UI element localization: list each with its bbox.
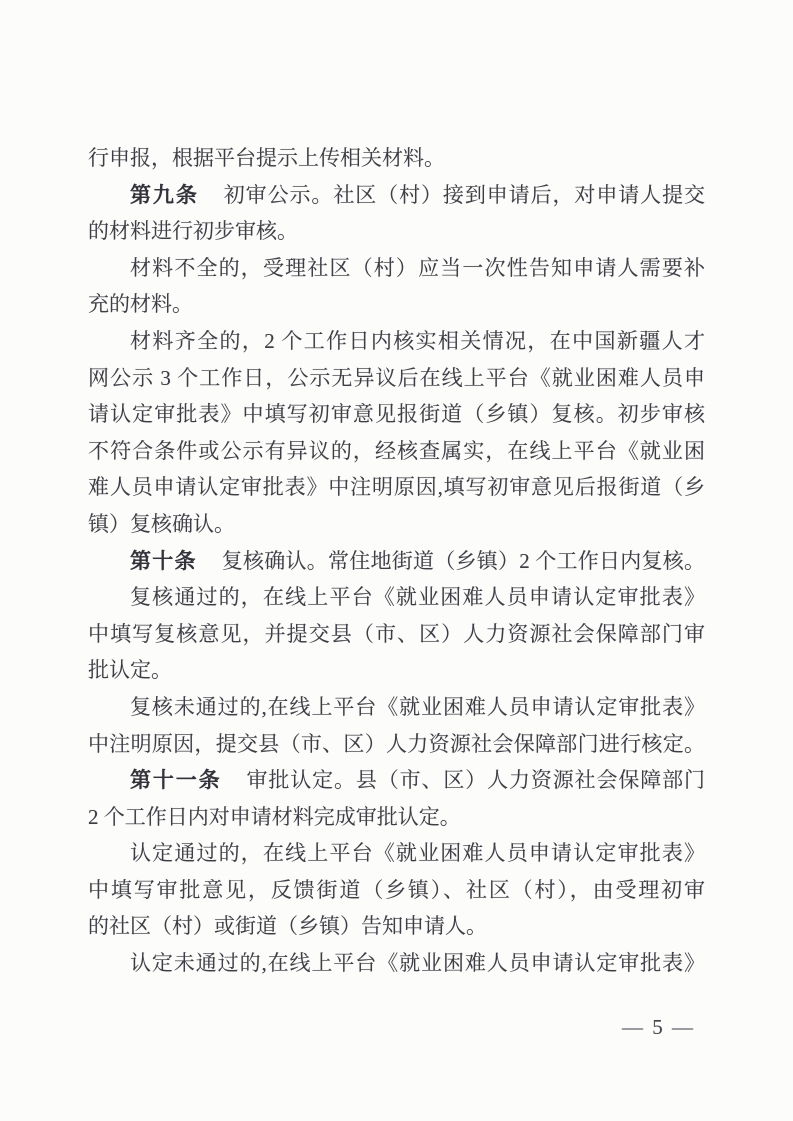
scanned-document-page: 行申报，根据平台提示上传相关材料。第九条初审公示。社区（村）接到申请后，对申请人… bbox=[0, 0, 793, 1121]
text-line: 中填写复核意见，并提交县（市、区）人力资源社会保障部门审 bbox=[88, 616, 705, 653]
line-text: 行申报，根据平台提示上传相关材料。 bbox=[88, 146, 445, 170]
text-line: 第九条初审公示。社区（村）接到申请后，对申请人提交 bbox=[88, 177, 705, 214]
line-text: 复核确认。常住地街道（乡镇）2 个工作日内复核。 bbox=[222, 549, 705, 573]
text-line: 2 个工作日内对申请材料完成审批认定。 bbox=[88, 799, 705, 836]
line-text: 充的材料。 bbox=[88, 292, 193, 316]
article-heading: 第九条 bbox=[130, 183, 199, 207]
line-text: 的社区（村）或街道（乡镇）告知申请人。 bbox=[88, 914, 487, 938]
line-text: 认定通过的，在线上平台《就业困难人员申请认定审批表》 bbox=[130, 841, 705, 865]
text-line: 第十条复核确认。常住地街道（乡镇）2 个工作日内复核。 bbox=[88, 543, 705, 580]
line-text: 请认定审批表》中填写初审意见报街道（乡镇）复核。初步审核 bbox=[88, 402, 705, 426]
line-text: 材料不全的，受理社区（村）应当一次性告知申请人需要补 bbox=[130, 256, 705, 280]
line-text: 中填写审批意见，反馈街道（乡镇）、社区（村），由受理初审 bbox=[88, 878, 705, 902]
text-line: 批认定。 bbox=[88, 652, 705, 689]
line-text: 不符合条件或公示有异议的，经核查属实，在线上平台《就业困 bbox=[88, 439, 705, 463]
line-text: 中填写复核意见，并提交县（市、区）人力资源社会保障部门审 bbox=[88, 622, 705, 646]
text-line: 认定未通过的,在线上平台《就业困难人员申请认定审批表》 bbox=[88, 945, 705, 982]
article-heading: 第十一条 bbox=[130, 768, 222, 792]
line-text: 认定未通过的,在线上平台《就业困难人员申请认定审批表》 bbox=[130, 951, 705, 975]
text-line: 第十一条审批认定。县（市、区）人力资源社会保障部门 bbox=[88, 762, 705, 799]
text-line: 的材料进行初步审核。 bbox=[88, 213, 705, 250]
text-line: 充的材料。 bbox=[88, 286, 705, 323]
text-line: 的社区（村）或街道（乡镇）告知申请人。 bbox=[88, 908, 705, 945]
text-line: 复核通过的，在线上平台《就业困难人员申请认定审批表》 bbox=[88, 579, 705, 616]
text-line: 网公示 3 个工作日，公示无异议后在线上平台《就业困难人员申 bbox=[88, 360, 705, 397]
line-text: 的材料进行初步审核。 bbox=[88, 219, 298, 243]
line-text: 批认定。 bbox=[88, 658, 172, 682]
text-line: 中填写审批意见，反馈街道（乡镇）、社区（村），由受理初审 bbox=[88, 872, 705, 909]
line-text: 网公示 3 个工作日，公示无异议后在线上平台《就业困难人员申 bbox=[88, 366, 705, 390]
page-number: — 5 — bbox=[622, 1015, 695, 1040]
text-line: 镇）复核确认。 bbox=[88, 506, 705, 543]
text-line: 中注明原因，提交县（市、区）人力资源社会保障部门进行核定。 bbox=[88, 726, 705, 763]
text-line: 认定通过的，在线上平台《就业困难人员申请认定审批表》 bbox=[88, 835, 705, 872]
line-text: 复核未通过的,在线上平台《就业困难人员申请认定审批表》 bbox=[130, 695, 705, 719]
line-text: 审批认定。县（市、区）人力资源社会保障部门 bbox=[247, 768, 706, 792]
text-line: 材料不全的，受理社区（村）应当一次性告知申请人需要补 bbox=[88, 250, 705, 287]
text-line: 材料齐全的，2 个工作日内核实相关情况，在中国新疆人才 bbox=[88, 323, 705, 360]
line-text: 初审公示。社区（村）接到申请后，对申请人提交 bbox=[224, 183, 705, 207]
article-heading: 第十条 bbox=[130, 549, 197, 573]
text-line: 请认定审批表》中填写初审意见报街道（乡镇）复核。初步审核 bbox=[88, 396, 705, 433]
text-line: 行申报，根据平台提示上传相关材料。 bbox=[88, 140, 705, 177]
text-line: 难人员申请认定审批表》中注明原因,填写初审意见后报街道（乡 bbox=[88, 469, 705, 506]
text-line: 不符合条件或公示有异议的，经核查属实，在线上平台《就业困 bbox=[88, 433, 705, 470]
text-line: 复核未通过的,在线上平台《就业困难人员申请认定审批表》 bbox=[88, 689, 705, 726]
line-text: 2 个工作日内对申请材料完成审批认定。 bbox=[88, 805, 461, 829]
document-body: 行申报，根据平台提示上传相关材料。第九条初审公示。社区（村）接到申请后，对申请人… bbox=[88, 140, 705, 982]
line-text: 中注明原因，提交县（市、区）人力资源社会保障部门进行核定。 bbox=[88, 732, 705, 756]
line-text: 难人员申请认定审批表》中注明原因,填写初审意见后报街道（乡 bbox=[88, 475, 705, 499]
line-text: 镇）复核确认。 bbox=[88, 512, 235, 536]
line-text: 复核通过的，在线上平台《就业困难人员申请认定审批表》 bbox=[130, 585, 705, 609]
line-text: 材料齐全的，2 个工作日内核实相关情况，在中国新疆人才 bbox=[130, 329, 705, 353]
